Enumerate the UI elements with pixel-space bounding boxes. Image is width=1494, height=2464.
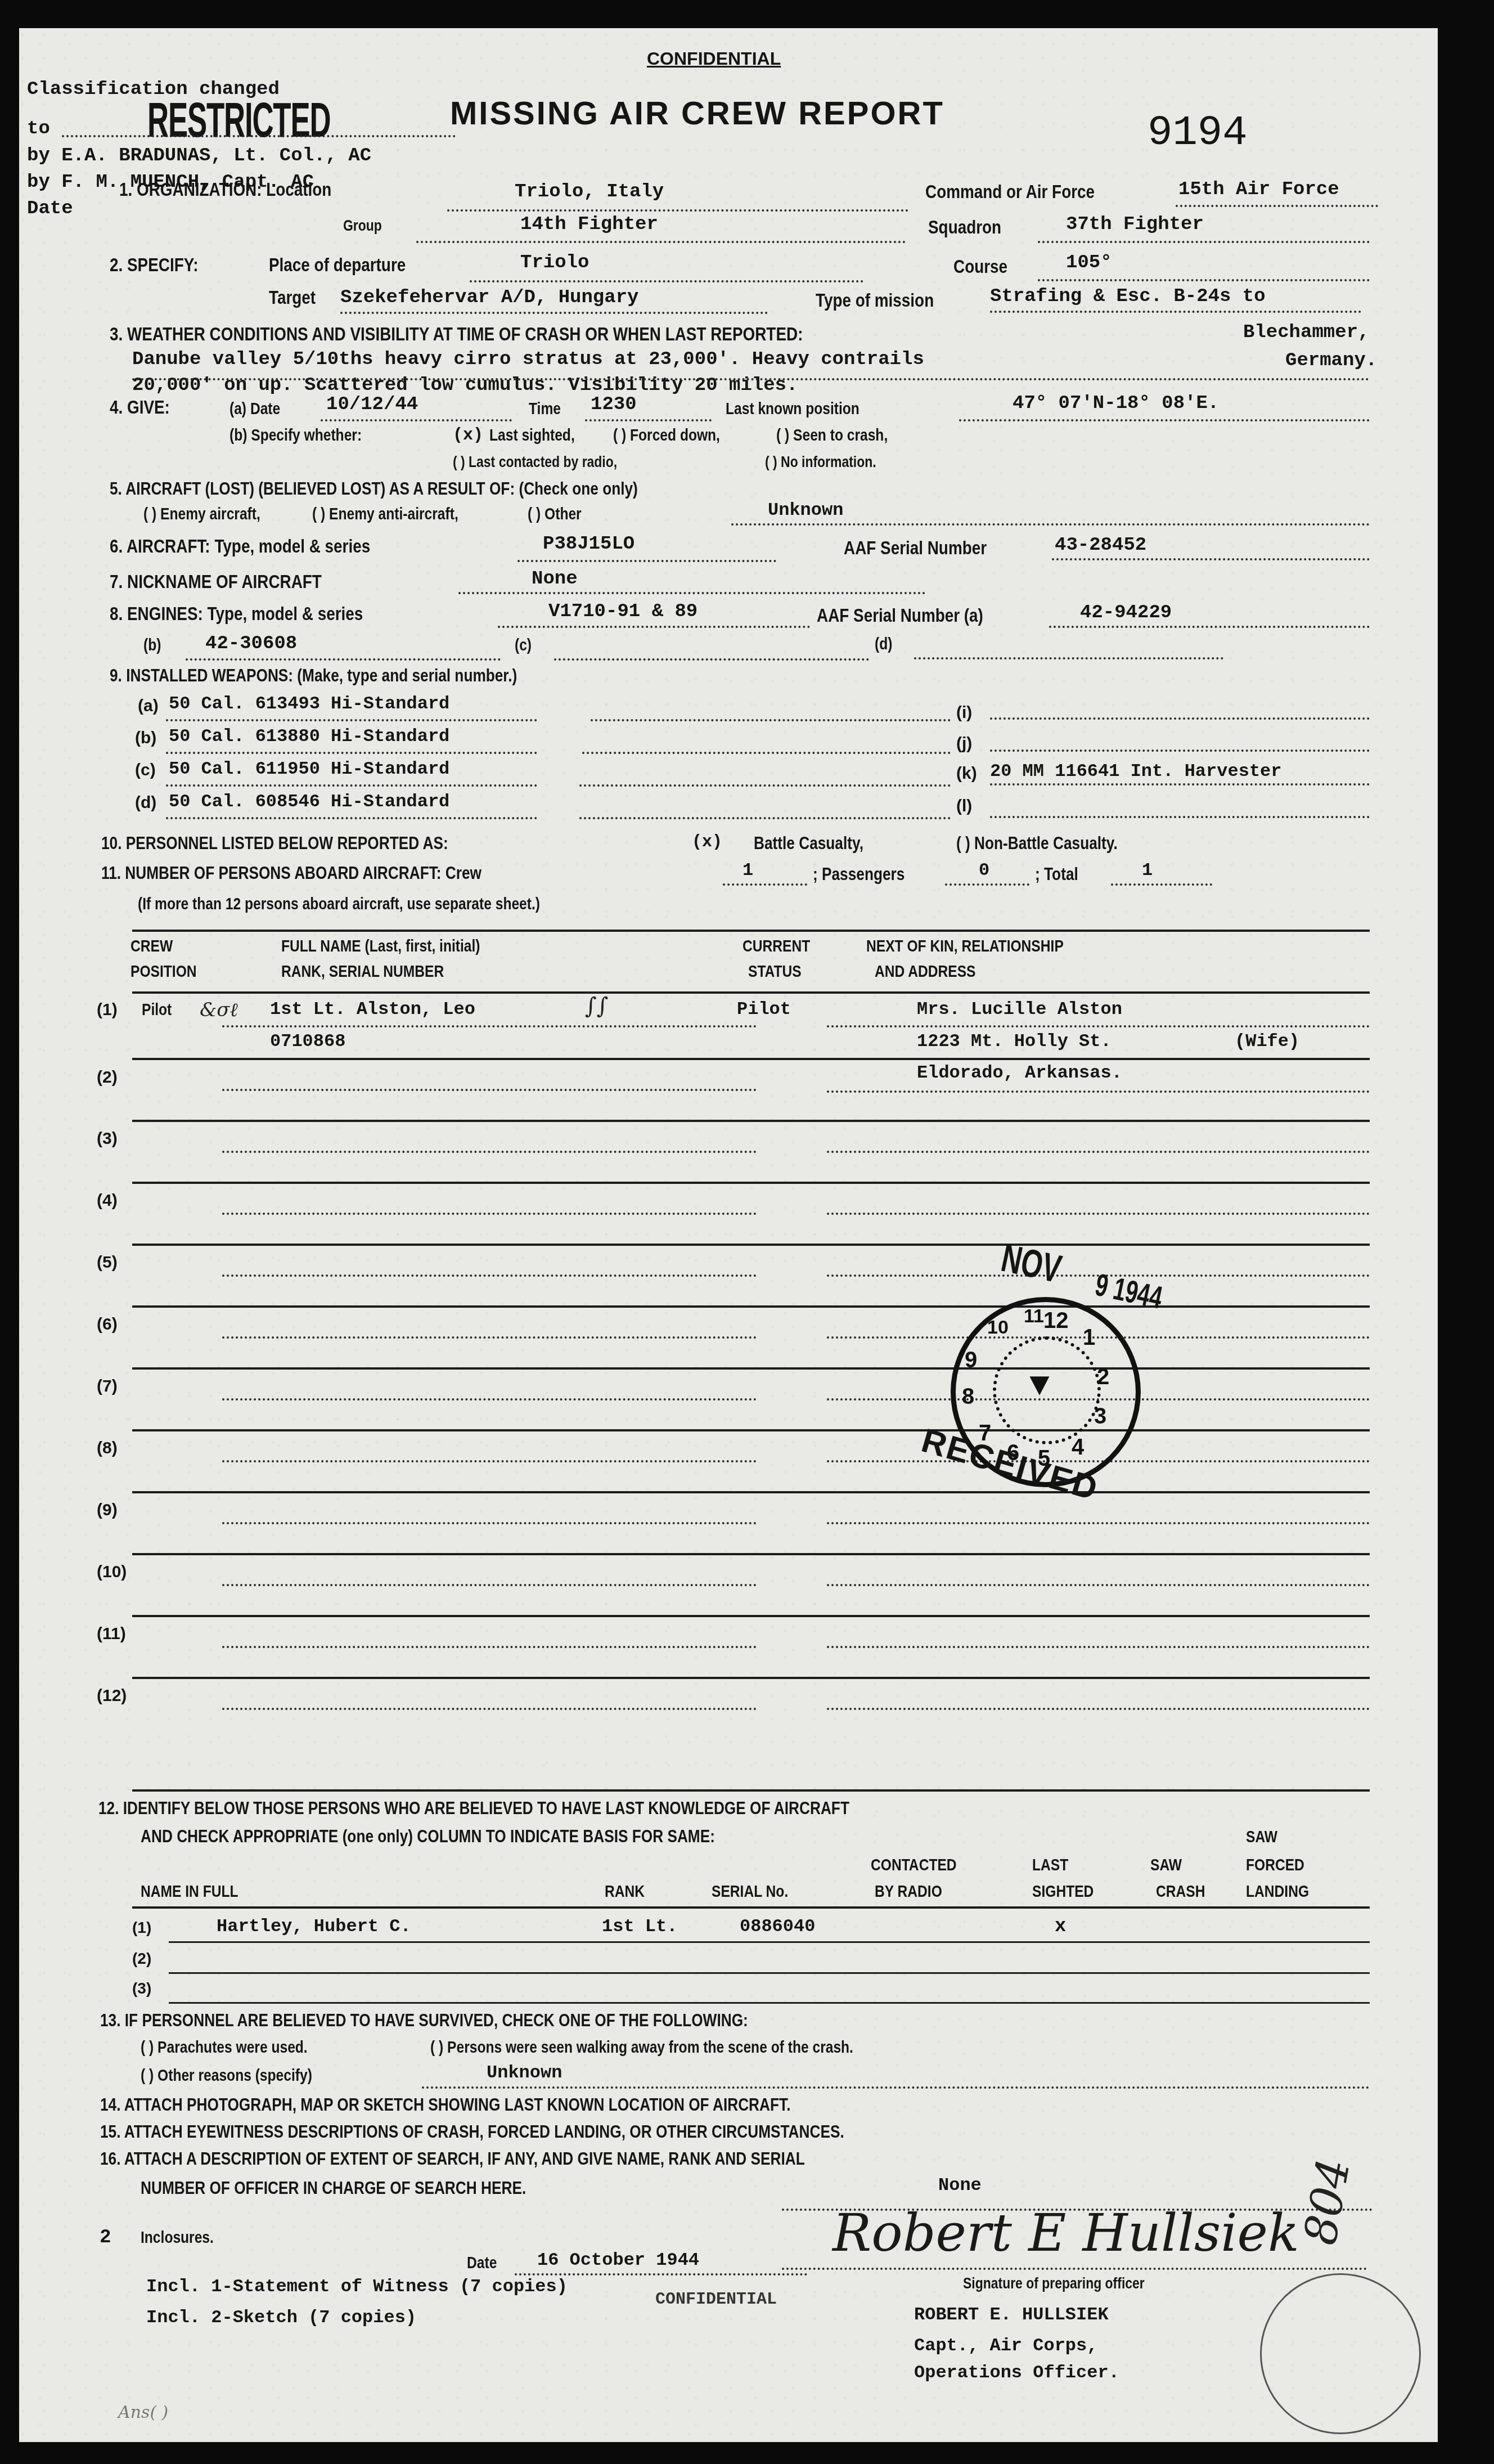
command-value: 15th Air Force	[1178, 179, 1339, 200]
weapon-k-underline	[990, 783, 1370, 786]
engine-b-label: (b)	[143, 636, 161, 655]
nickname-underline	[458, 592, 925, 594]
command-underline	[1176, 205, 1378, 207]
crew-row-11-kin-underline	[827, 1646, 1370, 1648]
crew-row-5-rule	[132, 1305, 1370, 1308]
weapon-j-key: (j)	[956, 734, 972, 753]
survival-label: 13. IF PERSONNEL ARE BELIEVED TO HAVE SU…	[100, 2010, 748, 2031]
signature-caption: Signature of preparing officer	[963, 2274, 1145, 2292]
weapon-a-underline	[166, 719, 537, 721]
witness-row-1-number: (1)	[132, 1919, 151, 1937]
crew-row-4-underline	[222, 1213, 757, 1215]
no-information-option[interactable]: ( ) No information.	[765, 453, 876, 471]
organization-location-label: 1. ORGANIZATION: Location	[119, 179, 331, 201]
crew-row-3-kin-underline	[827, 1151, 1370, 1153]
header-rank-serial: RANK, SERIAL NUMBER	[281, 962, 444, 981]
passengers-label: ; Passengers	[813, 864, 904, 885]
date-underline	[321, 419, 512, 421]
witness-row-1-rule	[169, 1941, 1370, 1943]
declassified-by-line1: by E.A. BRADUNAS, Lt. Col., AC	[27, 145, 371, 167]
officer-title: Operations Officer.	[914, 2362, 1119, 2383]
aircraft-type-underline	[517, 560, 776, 562]
aircraft-serial-value: 43-28452	[1055, 535, 1146, 556]
inclosures-label: Inclosures.	[141, 2228, 214, 2247]
crew-row-4-number: (4)	[97, 1191, 118, 1210]
crew-row-6-underline	[222, 1336, 757, 1339]
engine-serial-a-underline	[1049, 626, 1370, 628]
weather-underline	[132, 378, 1370, 380]
engine-serial-b-value: 42-30608	[205, 633, 297, 654]
crew-row-1-kin-city: Eldorado, Arkansas.	[917, 1062, 1122, 1083]
nickname-value: None	[532, 568, 578, 590]
other-reasons-underline	[422, 2086, 1370, 2089]
other-reasons-option[interactable]: ( ) Other reasons (specify)	[141, 2066, 312, 2085]
weapon-a-key: (a)	[138, 697, 159, 716]
report-date-label: Date	[467, 2254, 497, 2273]
header-contacted: CONTACTED	[871, 1856, 957, 1875]
weapon-k-key: (k)	[956, 764, 977, 783]
crew-row-1-name-underline	[222, 1025, 757, 1027]
engine-serial-a-label: AAF Serial Number (a)	[817, 605, 983, 627]
crew-row-8-number: (8)	[97, 1439, 118, 1458]
walking-away-option[interactable]: ( ) Persons were seen walking away from …	[430, 2038, 853, 2057]
crew-row-11-rule	[132, 1677, 1370, 1679]
crew-row-5-number: (5)	[97, 1253, 118, 1272]
give-label: 4. GIVE:	[110, 397, 170, 419]
crew-row-1-serial: 0710868	[270, 1031, 345, 1052]
engine-d-underline	[914, 657, 1223, 659]
classification-to-label: to	[27, 118, 50, 140]
header-name-in-full: NAME IN FULL	[141, 1882, 238, 1901]
search-officer-value: None	[938, 2175, 982, 2196]
header-serial-no: SERIAL No.	[712, 1882, 788, 1901]
attach-eyewitness-instruction: 15. ATTACH EYEWITNESS DESCRIPTIONS OF CR…	[100, 2121, 844, 2142]
engines-type-underline	[498, 626, 810, 628]
weapon-c-key: (c)	[135, 761, 156, 780]
header-address: AND ADDRESS	[875, 962, 976, 981]
weapon-b-value: 50 Cal. 613880 Hi-Standard	[169, 726, 449, 747]
total-count-value: 1	[1142, 860, 1153, 881]
crew-row-4-rule	[132, 1244, 1370, 1246]
bottom-handwritten-note: Ans( )	[118, 2403, 168, 2422]
header-crash: CRASH	[1156, 1882, 1205, 1901]
weapon-e-underline	[591, 719, 951, 721]
course-value: 105°	[1066, 252, 1112, 273]
last-contacted-radio-option[interactable]: ( ) Last contacted by radio,	[453, 453, 617, 471]
engine-serial-a-value: 42-94229	[1080, 602, 1172, 623]
header-status: STATUS	[748, 962, 802, 981]
inclosure-2: Incl. 2-Sketch (7 copies)	[146, 2307, 416, 2328]
clock-number-4: 4	[1072, 1435, 1084, 1460]
header-current: CURRENT	[742, 937, 810, 956]
weapon-l-key: (l)	[956, 797, 972, 816]
weapon-l-underline	[990, 816, 1370, 818]
attach-search-instruction-line2: NUMBER OF OFFICER IN CHARGE OF SEARCH HE…	[141, 2178, 526, 2198]
witness-row-3-number: (3)	[132, 1980, 151, 1998]
engines-type-value: V1710-91 & 89	[548, 601, 697, 622]
header-landing: LANDING	[1246, 1882, 1309, 1901]
crew-row-11-number: (11)	[97, 1624, 126, 1644]
crew-row-1-kin-name: Mrs. Lucille Alston	[917, 999, 1122, 1020]
weapon-h-underline	[579, 817, 951, 819]
crew-row-2-underline	[222, 1089, 757, 1091]
other-cause-underline	[731, 523, 1370, 526]
persons-aboard-label: 11. NUMBER OF PERSONS ABOARD AIRCRAFT: C…	[101, 863, 481, 883]
crew-row-11-underline	[222, 1646, 757, 1648]
crew-row-7-rule	[132, 1429, 1370, 1431]
last-known-position-label: Last known position	[726, 400, 859, 419]
clock-number-10: 10	[987, 1317, 1009, 1339]
weapon-c-value: 50 Cal. 611950 Hi-Standard	[169, 759, 449, 779]
target-value: Szekefehervar A/D, Hungary	[340, 287, 639, 308]
departure-label: Place of departure	[269, 254, 406, 276]
aircraft-type-label: 6. AIRCRAFT: Type, model & series	[110, 536, 370, 558]
course-label: Course	[953, 256, 1007, 278]
course-underline	[1038, 279, 1370, 281]
crew-row-7-number: (7)	[97, 1377, 118, 1396]
weapon-d-underline	[166, 817, 537, 819]
crew-row-6-rule	[132, 1367, 1370, 1370]
crew-table-top-rule	[132, 930, 1370, 932]
witness-row-1-rank: 1st Lt.	[602, 1916, 677, 1937]
target-underline	[340, 312, 768, 314]
crew-row-4-kin-underline	[827, 1213, 1370, 1215]
crew-row-10-kin-underline	[827, 1584, 1370, 1586]
crew-row-7-underline	[222, 1398, 757, 1401]
clock-number-3: 3	[1094, 1404, 1106, 1429]
attach-search-instruction-line1: 16. ATTACH A DESCRIPTION OF EXTENT OF SE…	[100, 2148, 805, 2169]
crew-row-3-rule	[132, 1182, 1370, 1184]
personnel-reported-label: 10. PERSONNEL LISTED BELOW REPORTED AS:	[101, 833, 448, 854]
restricted-stamp: RESTRICTED	[147, 91, 330, 149]
weather-label: 3. WEATHER CONDITIONS AND VISIBILITY AT …	[110, 324, 803, 345]
pen-nib-icon: ▼	[1029, 1367, 1050, 1406]
mission-type-label: Type of mission	[816, 290, 934, 312]
declassified-date-label: Date	[27, 198, 73, 219]
passengers-underline	[945, 883, 1029, 886]
witness-row-2-number: (2)	[132, 1950, 151, 1968]
crew-row-1-position: Pilot	[142, 1000, 172, 1020]
crew-row-12-kin-underline	[827, 1708, 1370, 1710]
aircraft-serial-label: AAF Serial Number	[844, 537, 987, 559]
squadron-value: 37th Fighter	[1066, 214, 1204, 235]
weapon-c-underline	[166, 784, 537, 787]
header-by-radio: BY RADIO	[875, 1882, 942, 1901]
attach-photo-instruction: 14. ATTACH PHOTOGRAPH, MAP OR SKETCH SHO…	[100, 2094, 790, 2115]
weapon-b-key: (b)	[135, 729, 156, 748]
header-forced: FORCED	[1246, 1856, 1304, 1875]
group-label: Group	[343, 217, 382, 235]
crew-count-value: 1	[742, 860, 753, 881]
location-underline	[447, 209, 908, 212]
crew-row-9-number: (9)	[97, 1501, 118, 1520]
mission-type-value: Strafing & Esc. B-24s to	[990, 286, 1266, 307]
header-sighted: SIGHTED	[1032, 1882, 1093, 1901]
header-position: POSITION	[130, 962, 197, 981]
weather-line1: Danube valley 5/10ths heavy cirro stratu…	[132, 349, 924, 370]
specify-label: 2. SPECIFY:	[110, 254, 199, 276]
weapon-d-key: (d)	[135, 793, 156, 813]
battle-casualty-option: Battle Casualty,	[754, 833, 863, 854]
clock-number-8: 8	[962, 1384, 974, 1410]
header-crew: CREW	[130, 937, 173, 956]
classification-to-underline	[62, 135, 456, 137]
report-date-underline	[515, 2273, 807, 2276]
engine-d-label: (d)	[875, 635, 892, 654]
date-label: (a) Date	[229, 400, 280, 419]
crew-row-10-underline	[222, 1584, 757, 1586]
mission-underline	[990, 311, 1361, 313]
crew-row-6-number: (6)	[97, 1315, 118, 1334]
report-number: 9194	[1147, 110, 1248, 157]
clock-number-12: 12	[1043, 1308, 1069, 1334]
aircraft-type-value: P38J15LO	[543, 533, 634, 555]
witness-row-1-serial: 0886040	[740, 1916, 815, 1937]
weapon-j-underline	[990, 749, 1370, 752]
crew-row-12-number: (12)	[97, 1686, 127, 1705]
crew-row-10-number: (10)	[97, 1563, 127, 1582]
engine-b-underline	[186, 658, 501, 661]
crew-row-10-rule	[132, 1615, 1370, 1617]
installed-weapons-label: 9. INSTALLED WEAPONS: (Make, type and se…	[110, 665, 517, 686]
enemy-aircraft-option[interactable]: ( ) Enemy aircraft,	[143, 505, 260, 524]
location-value: Triolo, Italy	[515, 181, 664, 203]
crew-table-bottom-rule	[132, 1789, 1370, 1792]
witness-table-header-rule	[132, 1906, 1370, 1909]
mission-type-value-line2: Blechammer,	[1243, 322, 1369, 343]
aircraft-lost-cause-label: 5. AIRCRAFT (LOST) (BELIEVED LOST) AS A …	[110, 478, 638, 499]
crew-row-1-number: (1)	[97, 1000, 118, 1020]
handwritten-check-mark: ∫∫	[585, 993, 609, 1019]
weapon-b-underline	[166, 752, 537, 754]
crew-row-1-kin-relation: (Wife)	[1235, 1031, 1299, 1052]
engine-c-underline	[554, 658, 869, 661]
engines-label: 8. ENGINES: Type, model & series	[110, 603, 363, 625]
time-label: Time	[529, 400, 561, 419]
forced-down-option[interactable]: ( ) Forced down,	[613, 426, 720, 445]
weapon-f-underline	[582, 752, 951, 754]
confidential-header: CONFIDENTIAL	[647, 48, 781, 69]
nickname-label: 7. NICKNAME OF AIRCRAFT	[110, 571, 322, 593]
clock-number-1: 1	[1083, 1325, 1095, 1350]
crew-row-2-kin-underline	[827, 1090, 1370, 1093]
officer-signature: Robert E Hullsiek	[832, 2203, 1299, 2263]
other-reasons-value: Unknown	[487, 2062, 562, 2083]
clock-number-11: 11	[1024, 1305, 1044, 1327]
group-underline	[416, 241, 906, 243]
time-underline	[585, 419, 712, 421]
crew-row-1-rule	[132, 1058, 1370, 1060]
group-value: 14th Fighter	[520, 214, 658, 235]
crew-table-header-rule	[132, 991, 1370, 994]
officer-name: ROBERT E. HULLSIEK	[914, 2304, 1109, 2325]
inclosures-count: 2	[100, 2225, 111, 2247]
squadron-label: Squadron	[928, 217, 1001, 239]
header-rank: RANK	[605, 1882, 645, 1901]
page-title: MISSING AIR CREW REPORT	[450, 95, 944, 132]
archive-circle-mark	[1260, 2273, 1421, 2434]
non-battle-casualty-option[interactable]: ( ) Non-Battle Casualty.	[956, 833, 1118, 854]
witness-row-1-last-sighted-check[interactable]: x	[1055, 1916, 1066, 1937]
last-knowledge-label-line2: AND CHECK APPROPRIATE (one only) COLUMN …	[141, 1826, 715, 1847]
aircraft-serial-underline	[1052, 558, 1370, 560]
crew-row-9-underline	[222, 1522, 757, 1524]
mission-type-value-line3: Germany.	[1285, 350, 1377, 371]
weapon-k-value: 20 MM 116641 Int. Harvester	[990, 761, 1281, 782]
witness-row-2-rule	[169, 1972, 1370, 1974]
engine-c-label: (c)	[515, 636, 532, 655]
departure-value: Triolo	[520, 252, 589, 273]
weapon-i-key: (i)	[956, 703, 972, 722]
handwritten-mark: &σℓ	[200, 999, 238, 1021]
crew-row-1-name: 1st Lt. Alston, Leo	[270, 999, 475, 1020]
weapon-g-underline	[579, 784, 951, 787]
header-saw-forced-top: SAW	[1246, 1828, 1277, 1847]
weapon-d-value: 50 Cal. 608546 Hi-Standard	[169, 791, 449, 812]
crew-count-underline	[723, 883, 807, 886]
squadron-underline	[1038, 241, 1370, 243]
position-underline	[959, 419, 1370, 421]
crew-row-9-kin-underline	[827, 1522, 1370, 1524]
header-next-of-kin: NEXT OF KIN, RELATIONSHIP	[866, 937, 1064, 956]
crew-row-1-status: Pilot	[737, 999, 791, 1020]
target-label: Target	[269, 287, 316, 309]
last-known-position-value: 47° 07'N-18° 08'E.	[1012, 393, 1219, 414]
header-last: LAST	[1032, 1856, 1068, 1875]
header-saw-crash-top: SAW	[1150, 1856, 1182, 1875]
inclosure-1: Incl. 1-Statement of Witness (7 copies)	[146, 2276, 568, 2297]
crew-row-2-rule	[132, 1120, 1370, 1122]
report-date-value: 16 October 1944	[537, 2250, 699, 2270]
weapon-i-underline	[990, 717, 1370, 720]
crew-row-12-underline	[222, 1708, 757, 1710]
total-label: ; Total	[1035, 864, 1078, 885]
witness-row-1-name: Hartley, Hubert C.	[217, 1916, 411, 1937]
date-value: 10/12/44	[326, 394, 418, 415]
other-cause-option[interactable]: ( ) Other	[528, 505, 582, 524]
parachutes-option[interactable]: ( ) Parachutes were used.	[141, 2038, 308, 2057]
crew-row-8-underline	[222, 1460, 757, 1462]
crew-row-3-underline	[222, 1151, 757, 1153]
clock-number-2: 2	[1097, 1365, 1109, 1390]
persons-aboard-note: (If more than 12 persons aboard aircraft…	[138, 895, 540, 914]
crew-row-2-number: (2)	[97, 1068, 118, 1087]
clock-number-9: 9	[965, 1348, 977, 1373]
weapon-a-value: 50 Cal. 613493 Hi-Standard	[169, 693, 449, 714]
enemy-anti-aircraft-option[interactable]: ( ) Enemy anti-aircraft,	[312, 505, 458, 524]
seen-to-crash-option[interactable]: ( ) Seen to crash,	[776, 426, 888, 445]
passengers-count-value: 0	[979, 860, 989, 881]
departure-underline	[470, 280, 863, 282]
last-knowledge-label-line1: 12. IDENTIFY BELOW THOSE PERSONS WHO ARE…	[98, 1798, 849, 1819]
officer-rank: Capt., Air Corps,	[914, 2335, 1097, 2356]
witness-row-3-rule	[169, 2002, 1370, 2004]
header-full-name: FULL NAME (Last, first, initial)	[281, 937, 480, 956]
total-underline	[1111, 883, 1212, 886]
battle-casualty-checkbox[interactable]: (x)	[692, 833, 722, 852]
other-cause-value: Unknown	[768, 500, 843, 520]
command-label: Command or Air Force	[925, 181, 1095, 203]
crew-row-9-rule	[132, 1553, 1370, 1555]
signature-underline	[782, 2268, 1367, 2270]
crew-row-5-underline	[222, 1274, 757, 1277]
confidential-footer: CONFIDENTIAL	[655, 2290, 777, 2309]
crew-row-3-number: (3)	[97, 1129, 118, 1148]
crew-row-8-rule	[132, 1491, 1370, 1493]
last-sighted-checkbox[interactable]: (x)	[453, 426, 483, 445]
crew-row-1-kin-address: 1223 Mt. Holly St.	[917, 1031, 1111, 1052]
crew-row-1-kin-underline	[827, 1025, 1370, 1027]
specify-whether-label: (b) Specify whether:	[229, 426, 362, 445]
time-value: 1230	[591, 394, 637, 415]
last-sighted-option: Last sighted,	[489, 426, 575, 445]
